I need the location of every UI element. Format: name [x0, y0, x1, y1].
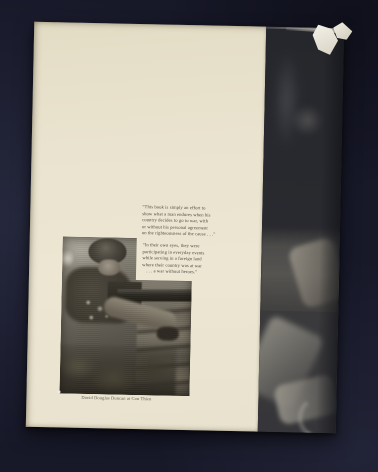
- dark-jacket-wrap-edge: [258, 27, 344, 434]
- photograph-of-book: “This book is simply an effort to show w…: [0, 0, 378, 472]
- back-cover-quote-2: “In their own eyes, they were participat…: [142, 242, 239, 277]
- paper-speck: [57, 390, 60, 393]
- jacket-photo-highlight: [292, 103, 323, 138]
- back-cover-quote-1: “This book is simply an effort to show w…: [142, 204, 239, 239]
- jacket-edge-shadow: [316, 28, 344, 433]
- book-back-cover: “This book is simply an effort to show w…: [26, 22, 344, 433]
